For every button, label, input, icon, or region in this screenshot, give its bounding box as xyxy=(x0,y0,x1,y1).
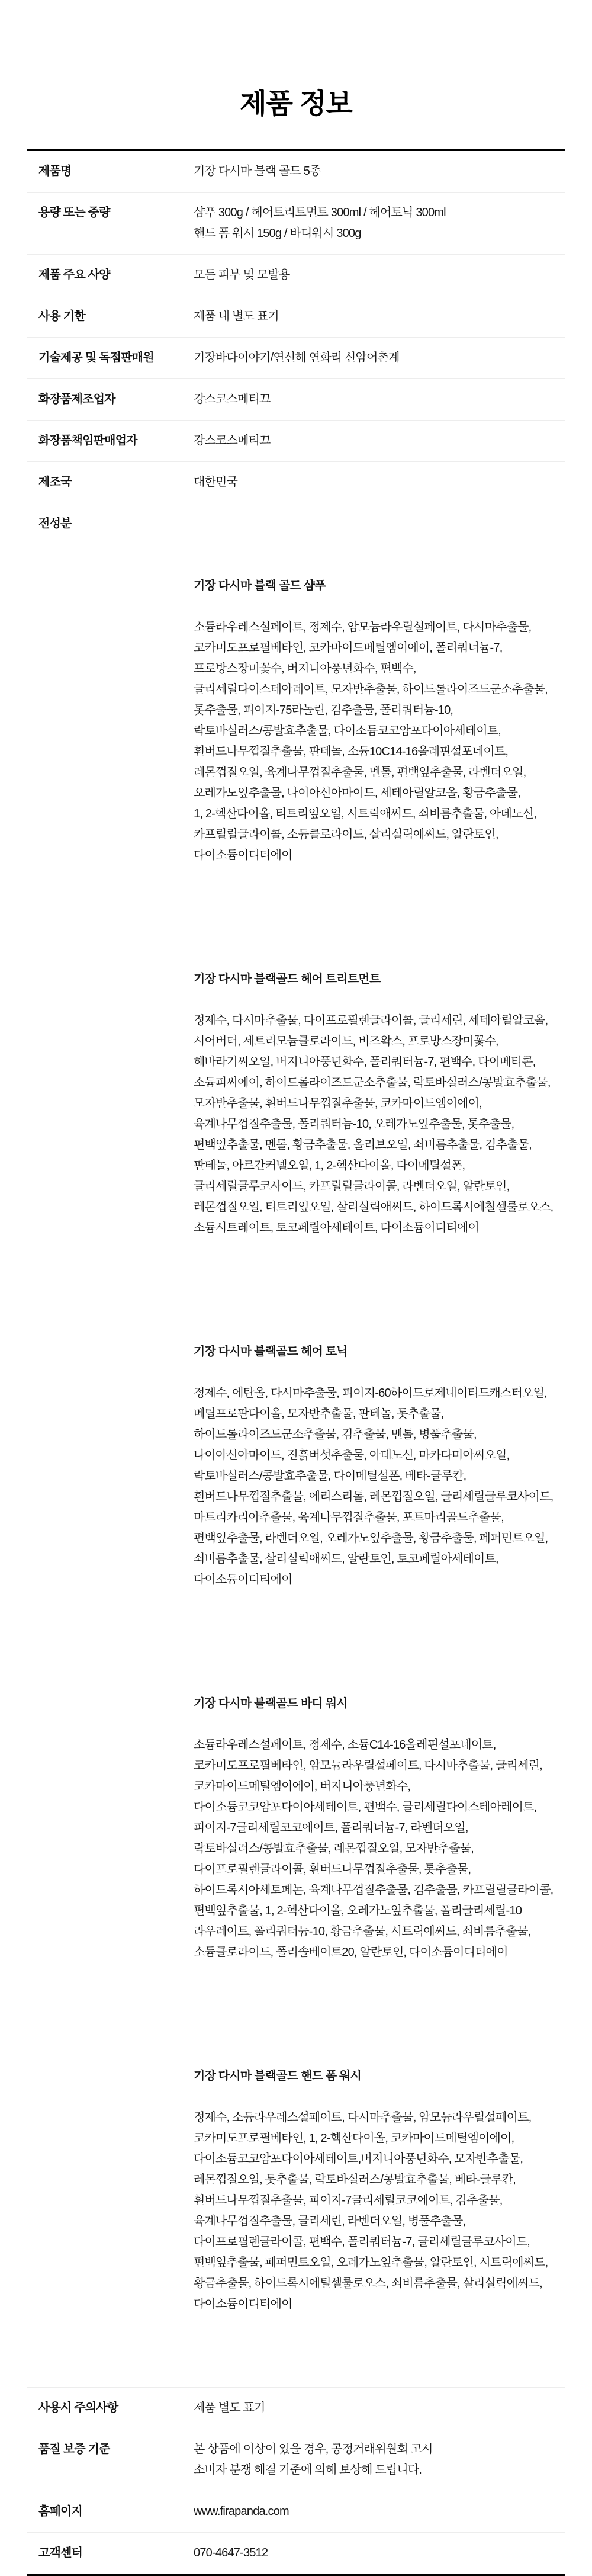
row-label: 화장품책임판매업자 xyxy=(38,431,194,451)
ingredients-list: 기장 다시마 블랙 골드 샴푸 소듐라우레스설페이트, 정제수, 암모늄라우릴설… xyxy=(194,514,554,2377)
ingredients-section-text: 정제수, 소듐라우레스설페이트, 다시마추출물, 암모늄라우릴설페이트, 코카미… xyxy=(194,2107,554,2315)
ingredients-hair-treatment: 기장 다시마 블랙골드 헤어 트리트먼트 정제수, 다시마추출물, 다이프로필렌… xyxy=(194,948,554,1259)
ingredients-section-text: 소듐라우레스설페이트, 정제수, 소듐C14-16올레핀설포네이트, 코카미도프… xyxy=(194,1735,554,1963)
row-value: 본 상품에 이상이 있을 경우, 공정거래위원회 고시 소비자 분쟁 해결 기준… xyxy=(194,2439,554,2481)
row-ingredients: 전성분 기장 다시마 블랙 골드 샴푸 소듐라우레스설페이트, 정제수, 암모늄… xyxy=(27,503,565,2387)
row-label: 품질 보증 기준 xyxy=(38,2439,194,2460)
row-value: 모든 피부 및 모발용 xyxy=(194,265,554,285)
row-label: 화장품제조업자 xyxy=(38,389,194,410)
ingredients-hand-foam-wash: 기장 다시마 블랙골드 핸드 폼 워시 정제수, 소듐라우레스설페이트, 다시마… xyxy=(194,2045,554,2336)
row-value: 제품 내 별도 표기 xyxy=(194,306,554,327)
row-value: 강스코스메티끄 xyxy=(194,431,554,451)
page-title: 제품 정보 xyxy=(0,0,592,149)
row-volume-weight: 용량 또는 중량 샴푸 300g / 헤어트리트먼트 300ml / 헤어토닉 … xyxy=(27,192,565,254)
ingredients-section-text: 정제수, 에탄올, 다시마추출물, 피이지-60하이드로제네이티드캐스터오일, … xyxy=(194,1383,554,1590)
row-tech-provider: 기술제공 및 독점판매원 기장바다이야기/연신해 연화리 신암어촌계 xyxy=(27,337,565,378)
row-product-name: 제품명 기장 다시마 블랙 골드 5종 xyxy=(27,151,565,192)
row-label: 제품명 xyxy=(38,161,194,182)
row-label: 용량 또는 중량 xyxy=(38,203,194,223)
row-label: 고객센터 xyxy=(38,2543,194,2564)
row-value: 대한민국 xyxy=(194,472,554,493)
ingredients-shampoo: 기장 다시마 블랙 골드 샴푸 소듐라우레스설페이트, 정제수, 암모늄라우릴설… xyxy=(194,555,554,887)
row-value: 샴푸 300g / 헤어트리트먼트 300ml / 헤어토닉 300ml 핸드 … xyxy=(194,203,554,244)
ingredients-section-name: 기장 다시마 블랙골드 바디 워시 xyxy=(194,1693,554,1714)
row-manufacturer: 화장품제조업자 강스코스메티끄 xyxy=(27,378,565,420)
row-label: 제품 주요 사양 xyxy=(38,265,194,285)
row-main-spec: 제품 주요 사양 모든 피부 및 모발용 xyxy=(27,254,565,296)
ingredients-section-name: 기장 다시마 블랙골드 핸드 폼 워시 xyxy=(194,2066,554,2087)
row-responsible-seller: 화장품책임판매업자 강스코스메티끄 xyxy=(27,420,565,461)
website-url: www.firapanda.com xyxy=(194,2501,554,2522)
row-quality-guarantee: 품질 보증 기준 본 상품에 이상이 있을 경우, 공정거래위원회 고시 소비자… xyxy=(27,2429,565,2491)
product-info-page: 제품 정보 제품명 기장 다시마 블랙 골드 5종 용량 또는 중량 샴푸 30… xyxy=(0,0,592,2576)
ingredients-hair-tonic: 기장 다시마 블랙골드 헤어 토닉 정제수, 에탄올, 다시마추출물, 피이지-… xyxy=(194,1321,554,1611)
ingredients-section-name: 기장 다시마 블랙골드 헤어 트리트먼트 xyxy=(194,969,554,990)
ingredients-body-wash: 기장 다시마 블랙골드 바디 워시 소듐라우레스설페이트, 정제수, 소듐C14… xyxy=(194,1673,554,1984)
row-label: 사용시 주의사항 xyxy=(38,2398,194,2418)
row-usage-precautions: 사용시 주의사항 제품 별도 표기 xyxy=(27,2387,565,2429)
customer-center-phone: 070-4647-3512 xyxy=(194,2543,554,2564)
row-label: 제조국 xyxy=(38,472,194,493)
row-label: 전성분 xyxy=(38,514,194,534)
row-label: 기술제공 및 독점판매원 xyxy=(38,348,194,368)
ingredients-section-name: 기장 다시마 블랙 골드 샴푸 xyxy=(194,576,554,596)
ingredients-section-text: 정제수, 다시마추출물, 다이프로필렌글라이콜, 글리세린, 세테아릴알코올, … xyxy=(194,1010,554,1239)
row-value: 기장바다이야기/연신해 연화리 신암어촌계 xyxy=(194,348,554,368)
row-value: 강스코스메티끄 xyxy=(194,389,554,410)
row-country-of-origin: 제조국 대한민국 xyxy=(27,461,565,503)
row-expiration: 사용 기한 제품 내 별도 표기 xyxy=(27,296,565,337)
row-value: 기장 다시마 블랙 골드 5종 xyxy=(194,161,554,182)
row-customer-center: 고객센터 070-4647-3512 xyxy=(27,2532,565,2574)
ingredients-section-name: 기장 다시마 블랙골드 헤어 토닉 xyxy=(194,1342,554,1362)
row-label: 사용 기한 xyxy=(38,306,194,327)
product-info-table: 제품명 기장 다시마 블랙 골드 5종 용량 또는 중량 샴푸 300g / 헤… xyxy=(27,149,565,2576)
row-homepage: 홈페이지 www.firapanda.com xyxy=(27,2491,565,2532)
row-label: 홈페이지 xyxy=(38,2501,194,2522)
ingredients-section-text: 소듐라우레스설페이트, 정제수, 암모늄라우릴설페이트, 다시마추출물, 코카미… xyxy=(194,617,554,866)
row-value: 제품 별도 표기 xyxy=(194,2398,554,2418)
